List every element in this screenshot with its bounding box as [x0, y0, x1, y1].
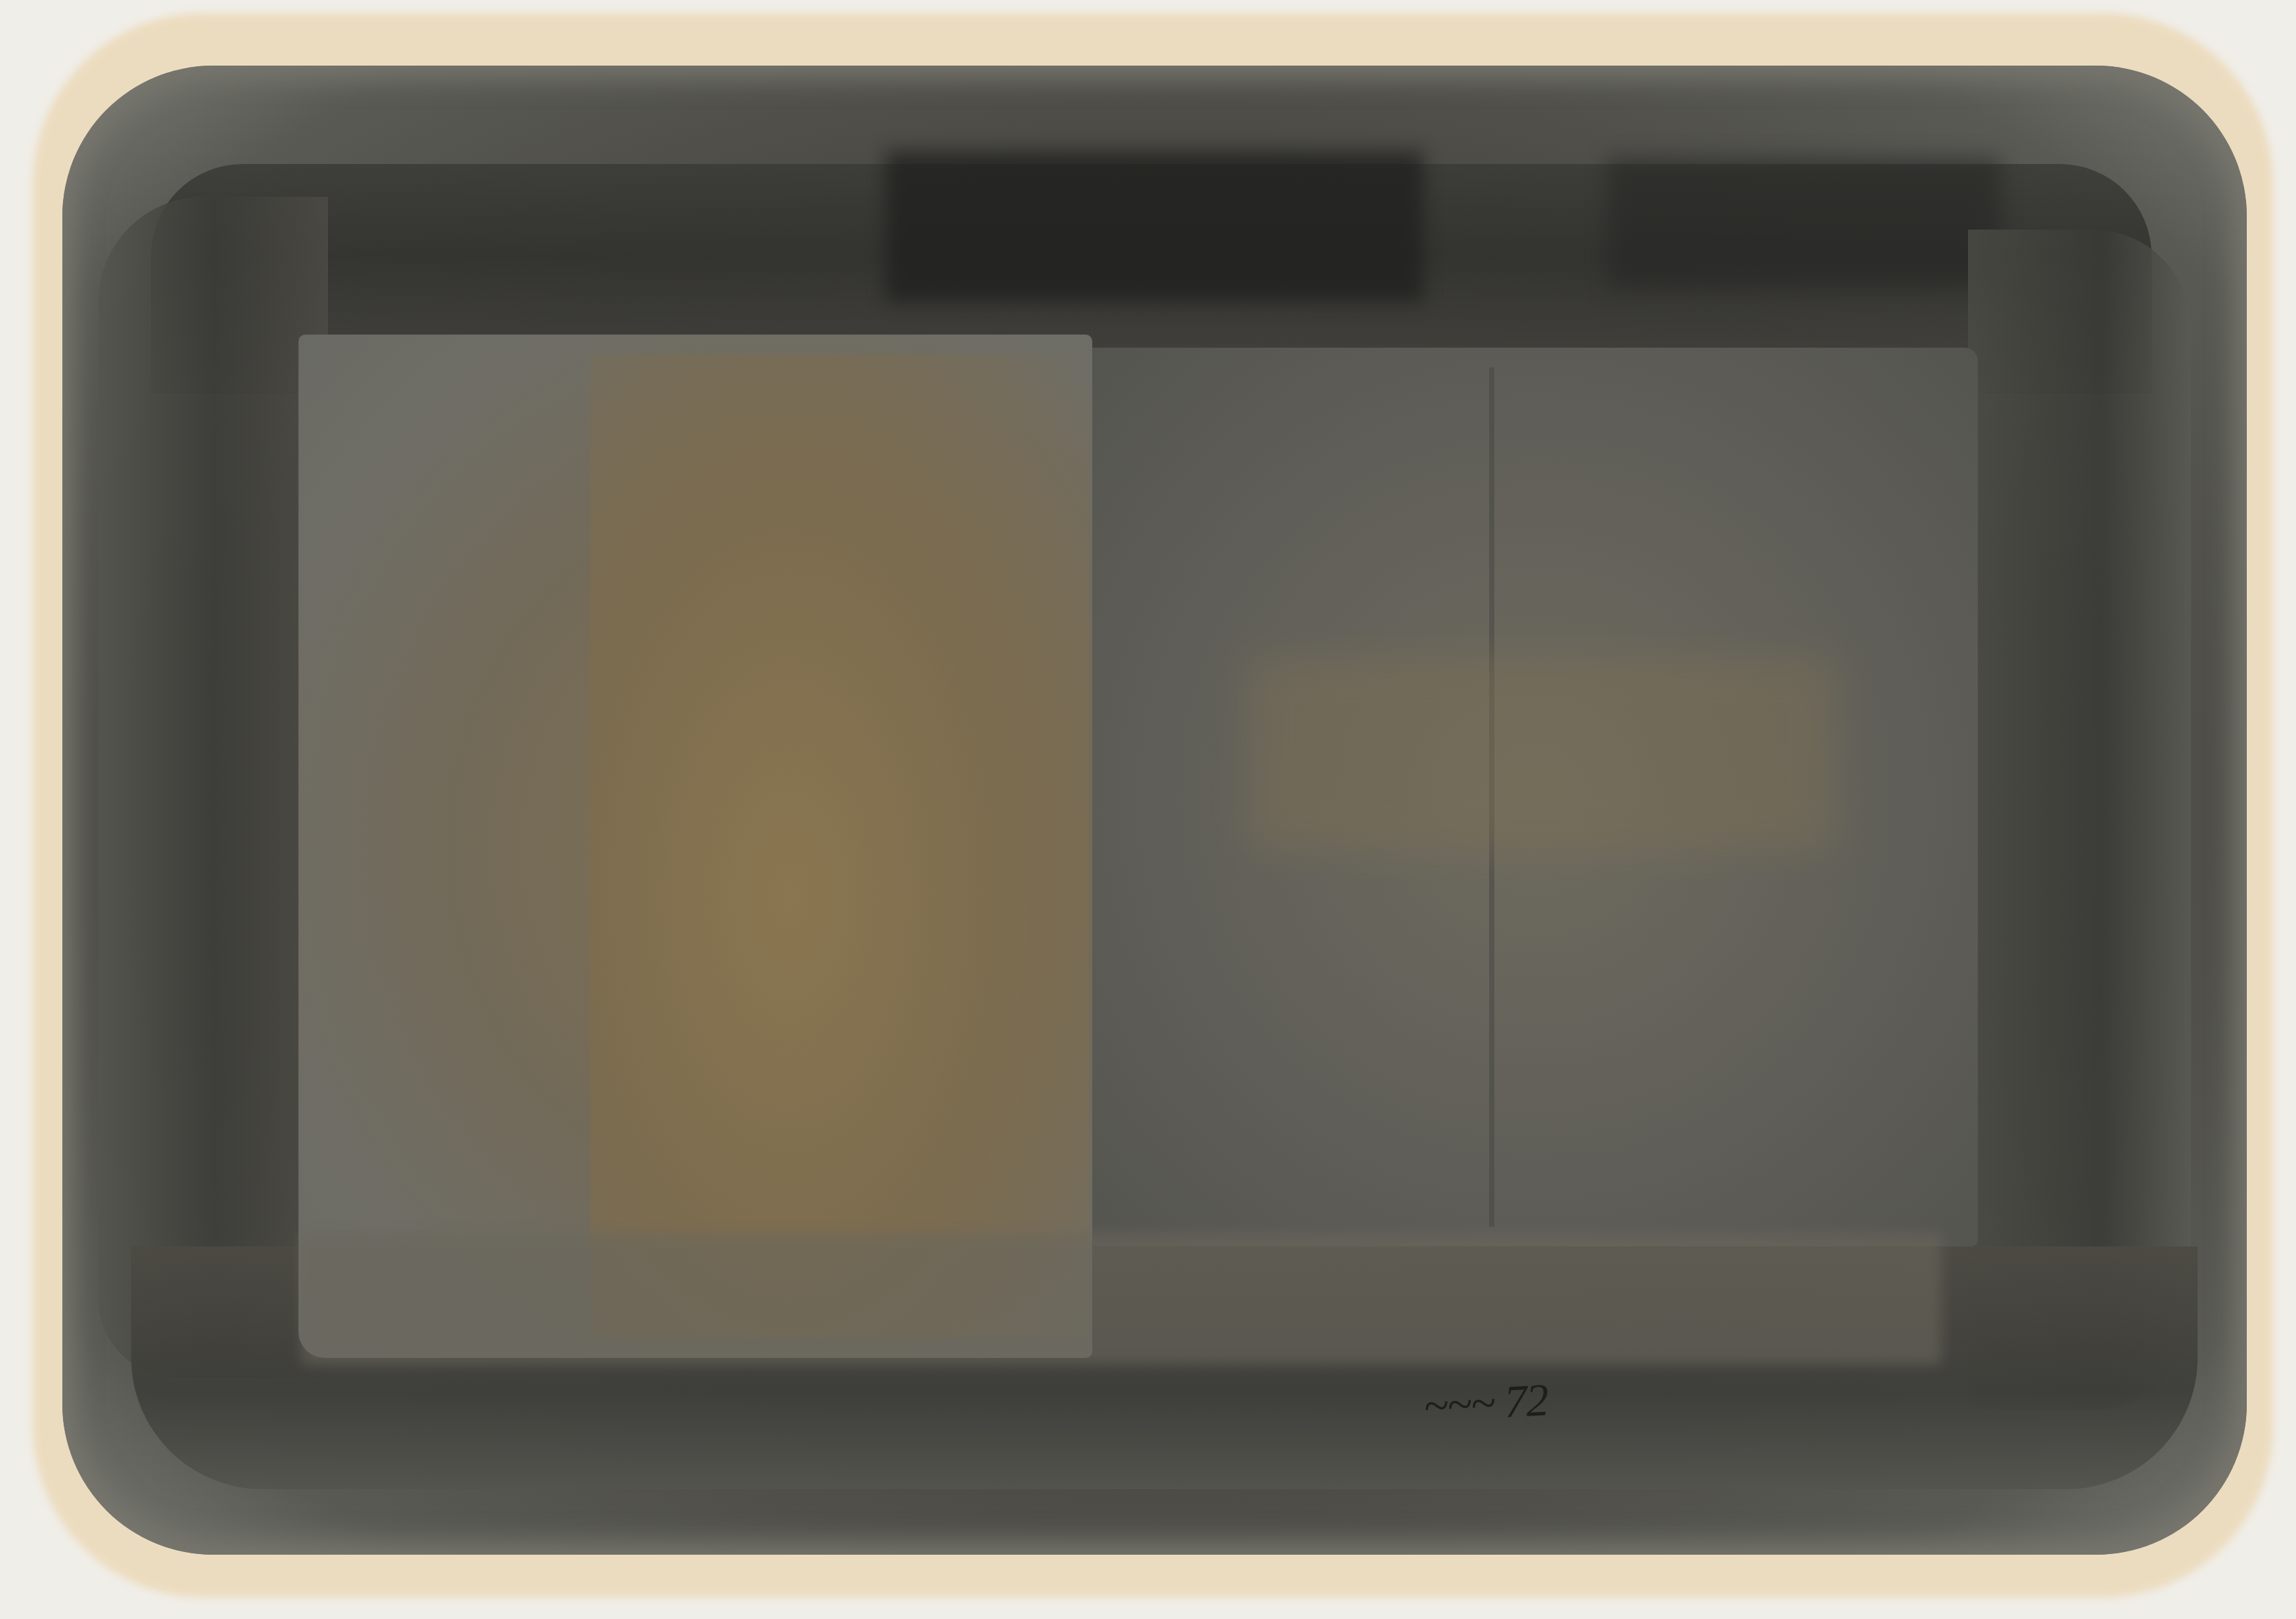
left-ochre-panel-highlight	[590, 354, 1089, 1338]
lower-wash-strip	[302, 1233, 1942, 1364]
artist-signature: ~~~ 72	[1422, 1374, 1549, 1433]
right-dark-band	[1968, 230, 2191, 1410]
right-panel-ochre-glow	[1246, 656, 1837, 853]
signature-scrawl: ~~~	[1422, 1378, 1496, 1432]
signature-year: 72	[1503, 1375, 1549, 1427]
left-dark-band	[98, 197, 328, 1378]
top-dark-stroke-2	[1607, 157, 2001, 289]
top-dark-stroke-1	[886, 151, 1424, 302]
